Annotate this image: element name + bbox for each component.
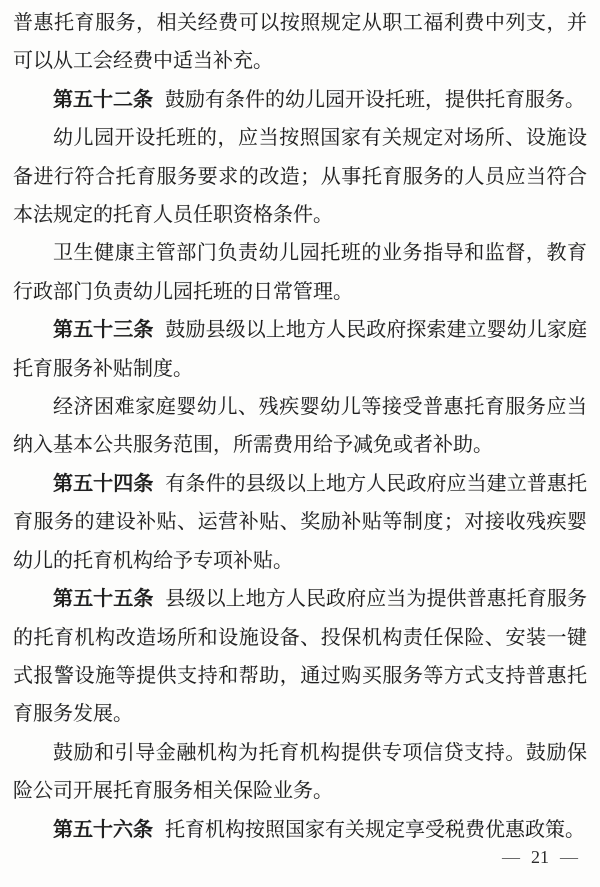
article-paragraph: 第五十二条鼓励有条件的幼儿园开设托班，提供托育服务。	[13, 81, 587, 119]
page-number-dash-right: —	[560, 847, 578, 867]
page-number-dash-left: —	[502, 847, 520, 867]
page-footer: — 21 —	[502, 847, 578, 867]
article-paragraph: 第五十四条有条件的县级以上地方人民政府应当建立普惠托育服务的建设补贴、运营补贴、…	[13, 465, 587, 580]
body-paragraph: 鼓励和引导金融机构为托育机构提供专项信贷支持。鼓励保险公司开展托育服务相关保险业…	[13, 734, 587, 811]
page-number: 21	[531, 847, 549, 867]
article-number: 第五十四条	[53, 473, 153, 495]
article-number: 第五十二条	[53, 89, 153, 111]
body-paragraph: 普惠托育服务，相关经费可以按照规定从职工福利费中列支，并可以从工会经费中适当补充…	[13, 4, 587, 81]
body-paragraph: 幼儿园开设托班的，应当按照国家有关规定对场所、设施设备进行符合托育服务要求的改造…	[13, 119, 587, 234]
document-body: 普惠托育服务，相关经费可以按照规定从职工福利费中列支，并可以从工会经费中适当补充…	[13, 4, 587, 849]
article-paragraph: 第五十六条托育机构按照国家有关规定享受税费优惠政策。	[13, 811, 587, 849]
article-paragraph: 第五十三条鼓励县级以上地方人民政府探索建立婴幼儿家庭托育服务补贴制度。	[13, 311, 587, 388]
article-number: 第五十六条	[53, 819, 153, 841]
document-page: 普惠托育服务，相关经费可以按照规定从职工福利费中列支，并可以从工会经费中适当补充…	[0, 0, 600, 887]
body-paragraph: 经济困难家庭婴幼儿、残疾婴幼儿等接受普惠托育服务应当纳入基本公共服务范围，所需费…	[13, 388, 587, 465]
article-paragraph: 第五十五条县级以上地方人民政府应当为提供普惠托育服务的托育机构改造场所和设施设备…	[13, 580, 587, 734]
body-paragraph: 卫生健康主管部门负责幼儿园托班的业务指导和监督，教育行政部门负责幼儿园托班的日常…	[13, 234, 587, 311]
article-number: 第五十三条	[53, 319, 153, 341]
article-number: 第五十五条	[53, 588, 153, 610]
